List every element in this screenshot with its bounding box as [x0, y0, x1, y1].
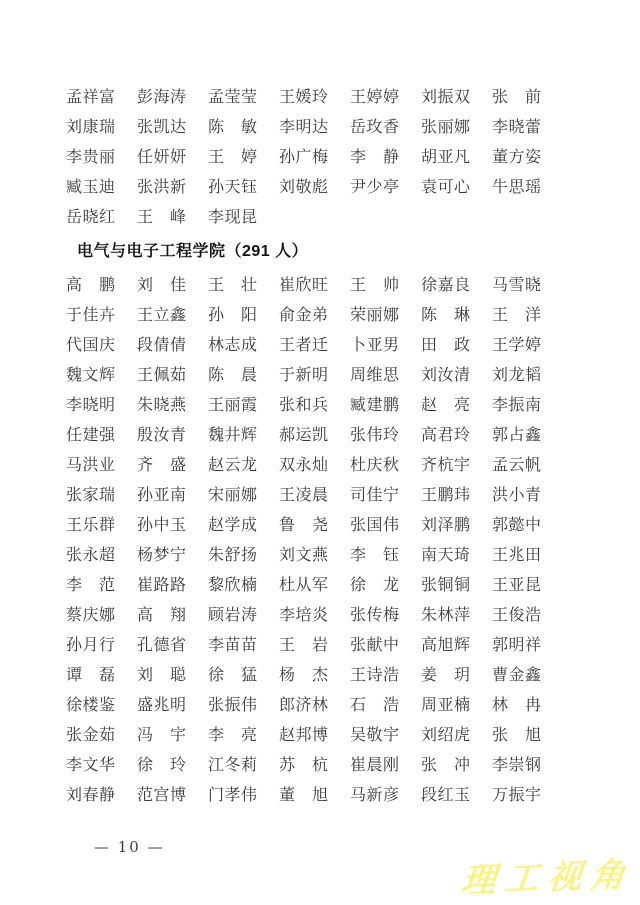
student-name: 王兆田 [492, 540, 542, 570]
name-row: 张永超杨梦宁朱舒扬刘文燕李 钰南天琦王兆田 [66, 540, 580, 570]
student-name: 范宫博 [137, 780, 187, 810]
student-name: 王佩茹 [137, 360, 187, 390]
student-name: 张洪新 [137, 172, 187, 202]
student-name: 司佳宁 [350, 480, 400, 510]
name-row: 李 范崔路路黎欣楠杜从军徐 龙张铜铜王亚昆 [66, 570, 580, 600]
student-name: 俞金弟 [279, 300, 329, 330]
student-name: 王者迁 [279, 330, 329, 360]
student-name: 刘绍虎 [421, 720, 471, 750]
name-row: 蔡庆娜高 翔顾岩涛李培炎张传梅朱林萍王俊浩 [66, 600, 580, 630]
student-name: 张国伟 [350, 510, 400, 540]
student-name: 陈 晨 [208, 360, 258, 390]
student-name: 王 壮 [208, 270, 258, 300]
student-name: 李晓蕾 [492, 112, 542, 142]
student-name: 李现昆 [208, 202, 258, 232]
student-name: 赵云龙 [208, 450, 258, 480]
student-name: 朱舒扬 [208, 540, 258, 570]
student-name: 王婷婷 [350, 82, 400, 112]
student-name: 林 冉 [492, 690, 542, 720]
name-row: 李贵丽任妍妍王 婷孙广梅李 静胡亚凡董方姿 [66, 142, 580, 172]
student-name: 门孝伟 [208, 780, 258, 810]
student-name: 张家瑞 [66, 480, 116, 510]
student-name: 黎欣楠 [208, 570, 258, 600]
student-name: 张 冲 [421, 750, 471, 780]
student-name: 王亚昆 [492, 570, 542, 600]
student-name: 朱晓燕 [137, 390, 187, 420]
student-name: 臧建鹏 [350, 390, 400, 420]
student-name: 孙 阳 [208, 300, 258, 330]
student-name: 郎济林 [279, 690, 329, 720]
student-name: 郭占鑫 [492, 420, 542, 450]
student-name: 李 亮 [208, 720, 258, 750]
student-name: 李振南 [492, 390, 542, 420]
student-name: 孙亚南 [137, 480, 187, 510]
student-name: 蔡庆娜 [66, 600, 116, 630]
student-name: 张振伟 [208, 690, 258, 720]
student-name: 李晓明 [66, 390, 116, 420]
student-name: 徐楼鉴 [66, 690, 116, 720]
student-name: 孙广梅 [279, 142, 329, 172]
student-name: 王 帅 [350, 270, 400, 300]
student-name: 臧玉迪 [66, 172, 116, 202]
student-name: 杨梦宁 [137, 540, 187, 570]
student-name: 刘 佳 [137, 270, 187, 300]
student-name: 王丽霞 [208, 390, 258, 420]
student-name: 卜亚男 [350, 330, 400, 360]
student-name: 孙天钰 [208, 172, 258, 202]
name-row: 岳晓红王 峰李现昆 [66, 202, 580, 232]
student-name: 张献中 [350, 630, 400, 660]
student-name: 张和兵 [279, 390, 329, 420]
student-name: 高 翔 [137, 600, 187, 630]
name-row: 李文华徐 玲江冬莉苏 杭崔晨刚张 冲李崇钢 [66, 750, 580, 780]
student-name: 周维思 [350, 360, 400, 390]
student-name: 李 静 [350, 142, 400, 172]
student-name: 荣丽娜 [350, 300, 400, 330]
student-name: 代国庆 [66, 330, 116, 360]
student-name: 万振宇 [492, 780, 542, 810]
name-row: 刘康瑞张凯达陈 敏李明达岳玫香张丽娜李晓蕾 [66, 112, 580, 142]
student-name: 段红玉 [421, 780, 471, 810]
student-name: 林志成 [208, 330, 258, 360]
student-name: 李贵丽 [66, 142, 116, 172]
name-row: 张家瑞孙亚南宋丽娜王凌晨司佳宁王鹏玮洪小青 [66, 480, 580, 510]
student-name: 殷汝青 [137, 420, 187, 450]
student-name: 王立鑫 [137, 300, 187, 330]
student-name: 洪小青 [492, 480, 542, 510]
name-row: 孟祥富彭海涛孟莹莹王媛玲王婷婷刘振双张 前 [66, 82, 580, 112]
electrical-college-name-grid: 高 鹏刘 佳王 壮崔欣旺王 帅徐嘉良马雪晓于佳卉王立鑫孙 阳俞金弟荣丽娜陈 琳王… [66, 270, 580, 810]
student-name: 高旭辉 [421, 630, 471, 660]
student-name: 顾岩涛 [208, 600, 258, 630]
student-name: 孟莹莹 [208, 82, 258, 112]
student-name: 高君玲 [421, 420, 471, 450]
student-name: 李崇钢 [492, 750, 542, 780]
student-name: 杜庆秋 [350, 450, 400, 480]
student-name: 盛兆明 [137, 690, 187, 720]
student-name: 尹少亭 [350, 172, 400, 202]
student-name: 张凯达 [137, 112, 187, 142]
student-name: 孙月行 [66, 630, 116, 660]
student-name: 高 鹏 [66, 270, 116, 300]
student-name: 张 前 [492, 82, 542, 112]
section-heading: 电气与电子工程学院（291 人） [77, 236, 580, 268]
student-name: 徐嘉良 [421, 270, 471, 300]
student-name: 魏井辉 [208, 420, 258, 450]
student-name: 郝运凯 [279, 420, 329, 450]
student-name: 朱林萍 [421, 600, 471, 630]
student-name: 王 峰 [137, 202, 187, 232]
student-name: 袁可心 [421, 172, 471, 202]
student-name: 王诗浩 [350, 660, 400, 690]
student-name: 李培炎 [279, 600, 329, 630]
student-name: 冯 宇 [137, 720, 187, 750]
name-row: 徐楼鉴盛兆明张振伟郎济林石 浩周亚楠林 冉 [66, 690, 580, 720]
student-name: 马洪业 [66, 450, 116, 480]
student-name: 张金茹 [66, 720, 116, 750]
student-name: 于新明 [279, 360, 329, 390]
student-name: 魏文辉 [66, 360, 116, 390]
student-name: 岳晓红 [66, 202, 116, 232]
previous-section-name-grid: 孟祥富彭海涛孟莹莹王媛玲王婷婷刘振双张 前刘康瑞张凯达陈 敏李明达岳玫香张丽娜李… [66, 82, 580, 232]
name-row: 任建强殷汝青魏井辉郝运凯张伟玲高君玲郭占鑫 [66, 420, 580, 450]
student-name: 王鹏玮 [421, 480, 471, 510]
student-name: 赵邦博 [279, 720, 329, 750]
student-name: 李明达 [279, 112, 329, 142]
student-name: 王学婷 [492, 330, 542, 360]
student-name: 徐 猛 [208, 660, 258, 690]
student-name: 吴敬宇 [350, 720, 400, 750]
student-name: 王凌晨 [279, 480, 329, 510]
student-name: 彭海涛 [137, 82, 187, 112]
student-name: 李苗苗 [208, 630, 258, 660]
name-row: 于佳卉王立鑫孙 阳俞金弟荣丽娜陈 琳王 洋 [66, 300, 580, 330]
student-name: 张伟玲 [350, 420, 400, 450]
student-name: 崔晨刚 [350, 750, 400, 780]
student-name: 王 岩 [279, 630, 329, 660]
student-name: 王媛玲 [279, 82, 329, 112]
student-name: 周亚楠 [421, 690, 471, 720]
student-name: 刘康瑞 [66, 112, 116, 142]
student-name: 孙中玉 [137, 510, 187, 540]
student-name: 刘龙韬 [492, 360, 542, 390]
name-row: 孙月行孔德省李苗苗王 岩张献中高旭辉郭明祥 [66, 630, 580, 660]
student-name: 刘汝清 [421, 360, 471, 390]
student-name: 任建强 [66, 420, 116, 450]
student-name: 孔德省 [137, 630, 187, 660]
student-name: 岳玫香 [350, 112, 400, 142]
student-name: 于佳卉 [66, 300, 116, 330]
name-row: 高 鹏刘 佳王 壮崔欣旺王 帅徐嘉良马雪晓 [66, 270, 580, 300]
name-row: 马洪业齐 盛赵云龙双永灿杜庆秋齐杭宇孟云帆 [66, 450, 580, 480]
student-name: 田 政 [421, 330, 471, 360]
student-name: 刘敬彪 [279, 172, 329, 202]
name-row: 谭 磊刘 聪徐 猛杨 杰王诗浩姜 玥曹金鑫 [66, 660, 580, 690]
student-name: 杨 杰 [279, 660, 329, 690]
student-name: 张 旭 [492, 720, 542, 750]
name-row: 刘春静范宫博门孝伟董 旭马新彦段红玉万振宇 [66, 780, 580, 810]
student-name: 刘春静 [66, 780, 116, 810]
student-name: 南天琦 [421, 540, 471, 570]
student-name: 崔欣旺 [279, 270, 329, 300]
student-name: 姜 玥 [421, 660, 471, 690]
student-name: 宋丽娜 [208, 480, 258, 510]
student-name: 齐杭宇 [421, 450, 471, 480]
student-name: 曹金鑫 [492, 660, 542, 690]
student-name: 董方姿 [492, 142, 542, 172]
student-name: 谭 磊 [66, 660, 116, 690]
name-row: 王乐群孙中玉赵学成鲁 尧张国伟刘泽鹏郭懿中 [66, 510, 580, 540]
student-name: 张丽娜 [421, 112, 471, 142]
student-name: 郭明祥 [492, 630, 542, 660]
student-name: 王乐群 [66, 510, 116, 540]
student-name: 双永灿 [279, 450, 329, 480]
student-name: 郭懿中 [492, 510, 542, 540]
name-row: 李晓明朱晓燕王丽霞张和兵臧建鹏赵 亮李振南 [66, 390, 580, 420]
student-name: 张永超 [66, 540, 116, 570]
name-row: 代国庆段倩倩林志成王者迁卜亚男田 政王学婷 [66, 330, 580, 360]
student-name: 张铜铜 [421, 570, 471, 600]
student-name: 马雪晓 [492, 270, 542, 300]
student-name: 王 洋 [492, 300, 542, 330]
student-name: 陈 琳 [421, 300, 471, 330]
student-name: 刘泽鹏 [421, 510, 471, 540]
student-name: 段倩倩 [137, 330, 187, 360]
student-name: 赵学成 [208, 510, 258, 540]
student-name: 马新彦 [350, 780, 400, 810]
student-name: 牛思瑶 [492, 172, 542, 202]
watermark-logo: 理工视角 [459, 847, 636, 902]
student-name: 孟祥富 [66, 82, 116, 112]
student-name: 江冬莉 [208, 750, 258, 780]
student-name: 徐 玲 [137, 750, 187, 780]
student-name: 崔路路 [137, 570, 187, 600]
student-name: 李 钰 [350, 540, 400, 570]
student-name: 李 范 [66, 570, 116, 600]
student-name: 李文华 [66, 750, 116, 780]
student-name: 刘文燕 [279, 540, 329, 570]
name-row: 臧玉迪张洪新孙天钰刘敬彪尹少亭袁可心牛思瑶 [66, 172, 580, 202]
student-name: 徐 龙 [350, 570, 400, 600]
student-name: 刘振双 [421, 82, 471, 112]
student-name: 陈 敏 [208, 112, 258, 142]
student-name: 孟云帆 [492, 450, 542, 480]
name-row: 张金茹冯 宇李 亮赵邦博吴敬宇刘绍虎张 旭 [66, 720, 580, 750]
student-name: 苏 杭 [279, 750, 329, 780]
student-name: 鲁 尧 [279, 510, 329, 540]
name-row: 魏文辉王佩茹陈 晨于新明周维思刘汝清刘龙韬 [66, 360, 580, 390]
student-name: 刘 聪 [137, 660, 187, 690]
student-name: 张传梅 [350, 600, 400, 630]
student-name: 王 婷 [208, 142, 258, 172]
page-number: — 10 — [94, 838, 165, 856]
student-name: 石 浩 [350, 690, 400, 720]
student-name: 董 旭 [279, 780, 329, 810]
student-name: 王俊浩 [492, 600, 542, 630]
student-name: 赵 亮 [421, 390, 471, 420]
student-name: 胡亚凡 [421, 142, 471, 172]
student-name: 杜从军 [279, 570, 329, 600]
student-name: 任妍妍 [137, 142, 187, 172]
document-page: 孟祥富彭海涛孟莹莹王媛玲王婷婷刘振双张 前刘康瑞张凯达陈 敏李明达岳玫香张丽娜李… [0, 0, 640, 905]
student-name: 齐 盛 [137, 450, 187, 480]
